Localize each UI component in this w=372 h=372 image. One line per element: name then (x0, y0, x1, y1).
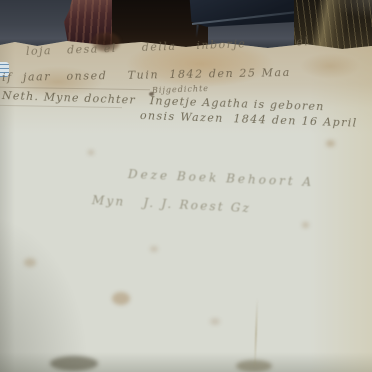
foxing-spot (326, 140, 335, 147)
foxing-spot (112, 292, 130, 305)
bottom-edge-smudge (50, 356, 98, 371)
foxing-spot (24, 258, 36, 267)
foxing-spot (150, 246, 158, 252)
photo-old-book-flyleaf: loja desa el della inborje el if jaar on… (0, 0, 372, 372)
foxing-spot (302, 222, 309, 228)
foxing-spot (210, 318, 220, 325)
foxing-spot (88, 150, 94, 155)
